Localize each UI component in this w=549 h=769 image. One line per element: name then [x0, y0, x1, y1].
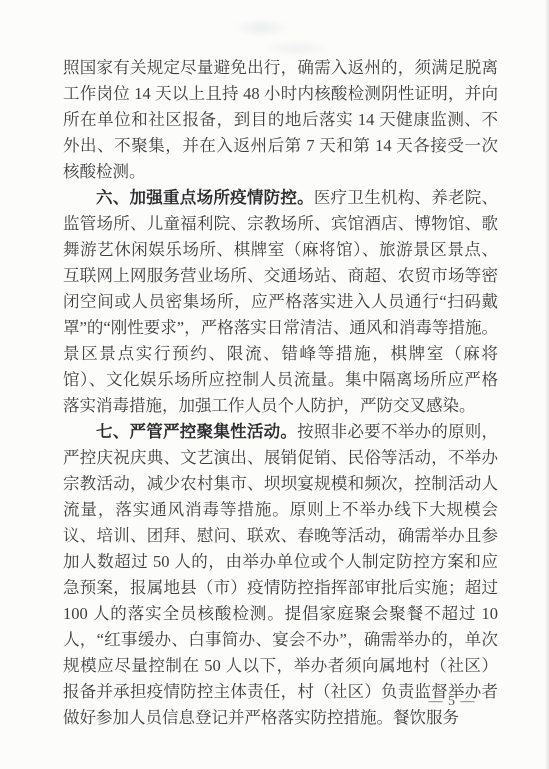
section-six-heading: 六、加强重点场所疫情防控。	[96, 189, 314, 207]
paragraph-text: 医疗卫生机构、养老院、监管场所、儿童福利院、宗教场所、宾馆酒店、博物馆、歌舞游艺…	[63, 188, 498, 415]
paragraph-section-seven: 七、严管严控聚集性活动。按照非必要不举办的原则，严控庆祝庆典、文艺演出、展销促销…	[63, 419, 498, 731]
paragraph-section-six: 六、加强重点场所疫情防控。医疗卫生机构、养老院、监管场所、儿童福利院、宗教场所、…	[63, 185, 498, 419]
paragraph-text: 照国家有关规定尽量避免出行，确需入返州的，须满足脱离工作岗位 14 天以上且持 …	[63, 58, 498, 181]
paper-edge-shadow	[545, 0, 549, 769]
document-page: 照国家有关规定尽量避免出行，确需入返州的，须满足脱离工作岗位 14 天以上且持 …	[0, 0, 549, 769]
document-body: 照国家有关规定尽量避免出行，确需入返州的，须满足脱离工作岗位 14 天以上且持 …	[63, 55, 498, 731]
scan-smudge-artifact	[225, 14, 345, 60]
paragraph-text: 按照非必要不举办的原则，严控庆祝庆典、文艺演出、展销促销、民俗等活动，不举办宗教…	[63, 422, 498, 727]
section-seven-heading: 七、严管严控聚集性活动。	[96, 423, 297, 441]
paragraph-continuation: 照国家有关规定尽量避免出行，确需入返州的，须满足脱离工作岗位 14 天以上且持 …	[63, 55, 498, 185]
page-number: — 5 —	[426, 694, 478, 710]
